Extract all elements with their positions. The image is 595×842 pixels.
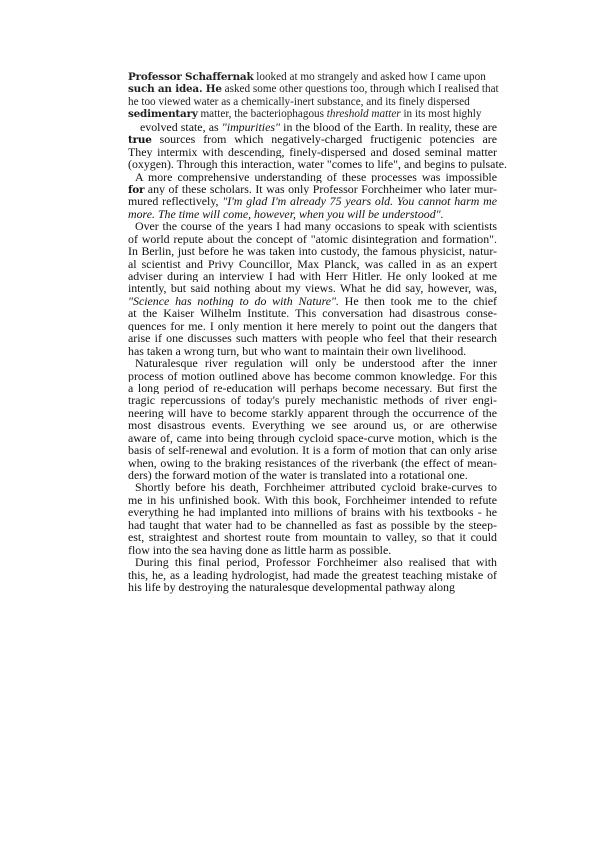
text-line: basis of self-renewal and evolution. It …: [128, 444, 497, 456]
text-line: for any of these scholars. It was only P…: [128, 183, 497, 195]
text-span: aware of, came into being through cycloi…: [128, 432, 497, 444]
text-span: neering will have to become starkly appa…: [128, 407, 497, 419]
text-line: everything he had implanted into million…: [128, 506, 497, 518]
text-line: intently, but said nothing about my view…: [128, 282, 497, 294]
italic-text: "impurities": [222, 121, 280, 133]
text-line: adviser during an interview I had with H…: [128, 270, 497, 282]
text-span: intently, but said nothing about my view…: [128, 282, 497, 294]
text-span: flow into the sea having done as little …: [128, 543, 391, 557]
text-line: tragic repercussions of today's purely m…: [128, 394, 497, 406]
text-span: his life by destroying the naturalesque …: [128, 580, 455, 594]
text-span: looked at mo strangely and asked how I c…: [253, 71, 485, 83]
italic-text: threshold matter: [327, 108, 401, 120]
text-line: Over the course of the years I had many …: [128, 220, 497, 232]
bold-text: true: [128, 134, 152, 145]
text-line: had taught that water had to be channell…: [128, 519, 497, 531]
text-span: he too viewed water as a chemically-iner…: [128, 96, 470, 108]
text-line: process of motion outlined above has bec…: [128, 370, 497, 382]
body-text: Professor Schaffernak looked at mo stran…: [128, 71, 497, 593]
text-line: more. The time will come, however, when …: [128, 208, 497, 220]
text-span: asked some other questions too, through …: [222, 83, 499, 95]
text-span: process of motion outlined above has bec…: [128, 370, 497, 382]
text-line: In Berlin, just before he was taken into…: [128, 245, 497, 257]
text-span: in its most highly: [401, 108, 482, 120]
text-span: matter, the bacteriophagous: [198, 108, 327, 120]
text-line: he too viewed water as a chemically-iner…: [128, 96, 497, 108]
text-span: adviser during an interview I had with H…: [128, 270, 497, 282]
text-span: A more comprehensive understanding of th…: [135, 171, 497, 183]
text-line: at the Kaiser Wilhelm Institute. This co…: [128, 307, 497, 319]
text-span: at the Kaiser Wilhelm Institute. This co…: [128, 307, 497, 319]
text-line: "Science has nothing to do with Nature".…: [128, 295, 497, 307]
text-line: al scientist and Privy Councillor, Max P…: [128, 258, 497, 270]
text-span: Naturalesque river regulation will only …: [135, 357, 497, 369]
bold-text: for: [128, 184, 144, 195]
text-line: flow into the sea having done as little …: [128, 544, 497, 556]
text-span: Over the course of the years I had many …: [135, 220, 497, 232]
text-span: During this final period, Professor Forc…: [135, 556, 497, 568]
text-span: Shortly before his death, Forchheimer at…: [135, 481, 497, 493]
text-span: (oxygen). Through this interaction, wate…: [128, 157, 507, 171]
text-line: a long period of re-education will perha…: [128, 382, 497, 394]
text-line: ders) the forward motion of the water is…: [128, 469, 497, 481]
text-span: most disastrous events. Everything we se…: [128, 419, 497, 431]
text-line: Shortly before his death, Forchheimer at…: [128, 481, 497, 493]
text-line: such an idea. He asked some other questi…: [128, 83, 497, 95]
text-span: of world repute about the concept of "at…: [128, 233, 497, 245]
text-span: sources from which negatively-charged fr…: [128, 133, 497, 145]
text-span: had taught that water had to be channell…: [128, 519, 497, 531]
text-line: During this final period, Professor Forc…: [128, 556, 497, 568]
bold-text: such an idea. He: [128, 83, 222, 95]
text-line: sedimentary matter, the bacteriophagous …: [128, 108, 497, 120]
text-span: tragic repercussions of today's purely m…: [128, 394, 497, 406]
italic-text: more. The time will come, however, when …: [128, 207, 444, 221]
text-line: evolved state, as "impurities" in the bl…: [128, 121, 497, 133]
text-span: quences for me. I only mention it here m…: [128, 320, 497, 332]
text-line: Naturalesque river regulation will only …: [128, 357, 497, 369]
text-line: true sources from which negatively-charg…: [128, 133, 497, 145]
text-line: Professor Schaffernak looked at mo stran…: [128, 71, 497, 83]
text-span: any of these scholars. It was only Profe…: [144, 183, 497, 195]
text-line: (oxygen). Through this interaction, wate…: [128, 158, 497, 170]
text-line: me in his unfinished book. With this boo…: [128, 494, 497, 506]
document-page: Professor Schaffernak looked at mo stran…: [0, 0, 595, 842]
text-span: basis of self-renewal and evolution. It …: [128, 444, 497, 456]
text-line: his life by destroying the naturalesque …: [128, 581, 497, 593]
text-line: neering will have to become starkly appa…: [128, 407, 497, 419]
text-line: A more comprehensive understanding of th…: [128, 171, 497, 183]
text-span: a long period of re-education will perha…: [128, 382, 497, 394]
text-line: has taken a wrong turn, but who want to …: [128, 345, 497, 357]
text-line: quences for me. I only mention it here m…: [128, 320, 497, 332]
text-line: aware of, came into being through cycloi…: [128, 432, 497, 444]
text-span: has taken a wrong turn, but who want to …: [128, 344, 466, 358]
text-span: In Berlin, just before he was taken into…: [128, 245, 497, 257]
text-line: most disastrous events. Everything we se…: [128, 419, 497, 431]
text-span: al scientist and Privy Councillor, Max P…: [128, 258, 497, 270]
text-span: everything he had implanted into million…: [128, 506, 497, 518]
text-span: ders) the forward motion of the water is…: [128, 468, 468, 482]
bold-text: Professor Schaffernak: [128, 71, 253, 83]
text-line: of world repute about the concept of "at…: [128, 233, 497, 245]
bold-text: sedimentary: [128, 108, 198, 120]
text-span: me in his unfinished book. With this boo…: [128, 494, 497, 506]
